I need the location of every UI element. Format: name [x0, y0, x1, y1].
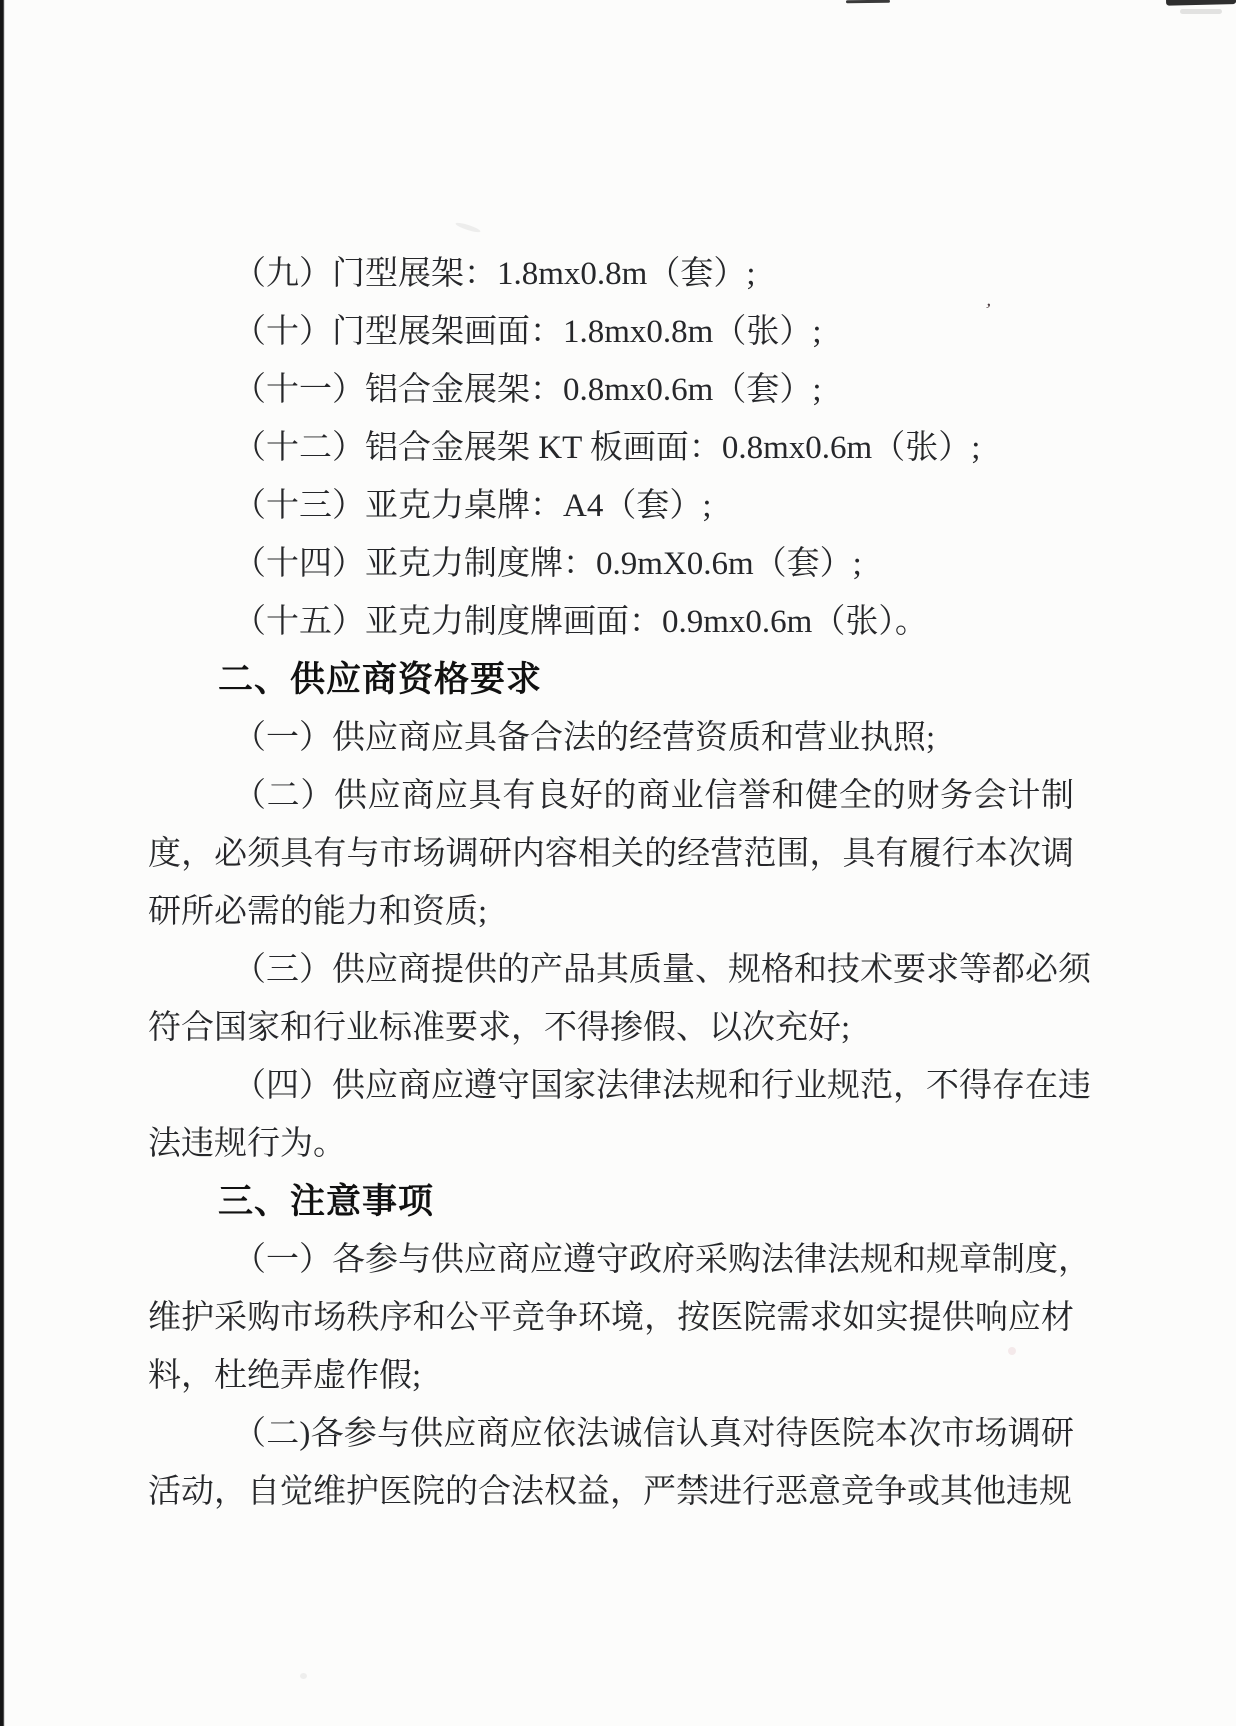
text-line: （三）供应商提供的产品其质量、规格和技术要求等都必须	[148, 941, 1074, 999]
document-text-block: （九）门型展架：1.8mx0.8m（套）;（十）门型展架画面：1.8mx0.8m…	[148, 245, 1074, 1521]
list-item: （十二）铝合金展架 KT 板画面：0.8mx0.6m（张）;	[148, 419, 1074, 477]
scan-artifact-top	[846, 0, 890, 3]
text-line: 符合国家和行业标准要求，不得掺假、以次充好;	[148, 999, 1074, 1057]
section-heading: 二、供应商资格要求	[148, 651, 1074, 709]
paragraph: （一）各参与供应商应遵守政府采购法律法规和规章制度，维护采购市场秩序和公平竞争环…	[148, 1231, 1074, 1405]
list-item: （十四）亚克力制度牌：0.9mX0.6m（套）;	[148, 535, 1074, 593]
text-line: （十三）亚克力桌牌：A4（套）;	[148, 477, 1074, 535]
scanned-document-page: ’ （九）门型展架：1.8mx0.8m（套）;（十）门型展架画面：1.8mx0.…	[0, 0, 1236, 1726]
text-line: 三、注意事项	[148, 1173, 1074, 1231]
scan-speck	[300, 1673, 307, 1679]
text-line: （十）门型展架画面：1.8mx0.8m（张）;	[148, 303, 1074, 361]
text-line: （一）各参与供应商应遵守政府采购法律法规和规章制度，	[148, 1231, 1074, 1289]
text-line: （十四）亚克力制度牌：0.9mX0.6m（套）;	[148, 535, 1074, 593]
scanner-edge-left	[0, 0, 5, 1726]
text-line: （二)各参与供应商应依法诚信认真对待医院本次市场调研	[148, 1405, 1074, 1463]
text-line: 料，杜绝弄虚作假;	[148, 1347, 1074, 1405]
text-line: （十一）铝合金展架：0.8mx0.6m（套）;	[148, 361, 1074, 419]
section-heading: 三、注意事项	[148, 1173, 1074, 1231]
text-line: （九）门型展架：1.8mx0.8m（套）;	[148, 245, 1074, 303]
text-line: 研所必需的能力和资质;	[148, 883, 1074, 941]
list-item: （十）门型展架画面：1.8mx0.8m（张）;	[148, 303, 1074, 361]
paragraph: （二）供应商应具有良好的商业信誉和健全的财务会计制度，必须具有与市场调研内容相关…	[148, 767, 1074, 941]
list-item: （十五）亚克力制度牌画面：0.9mx0.6m（张）。	[148, 593, 1074, 651]
text-line: 二、供应商资格要求	[148, 651, 1074, 709]
list-item: （十三）亚克力桌牌：A4（套）;	[148, 477, 1074, 535]
text-line: 维护采购市场秩序和公平竞争环境，按医院需求如实提供响应材	[148, 1289, 1074, 1347]
list-item: （十一）铝合金展架：0.8mx0.6m（套）;	[148, 361, 1074, 419]
text-line: （一）供应商应具备合法的经营资质和营业执照;	[148, 709, 1074, 767]
text-line: 法违规行为。	[148, 1115, 1074, 1173]
text-line: （十五）亚克力制度牌画面：0.9mx0.6m（张）。	[148, 593, 1074, 651]
scan-speck	[455, 221, 481, 234]
scan-artifact-top-right	[1166, 0, 1236, 6]
text-line: 活动，自觉维护医院的合法权益，严禁进行恶意竞争或其他违规	[148, 1463, 1074, 1521]
text-line: （二）供应商应具有良好的商业信誉和健全的财务会计制	[148, 767, 1074, 825]
paragraph: （三）供应商提供的产品其质量、规格和技术要求等都必须符合国家和行业标准要求，不得…	[148, 941, 1074, 1057]
text-line: 度，必须具有与市场调研内容相关的经营范围，具有履行本次调	[148, 825, 1074, 883]
scan-smudge	[1180, 9, 1222, 14]
text-line: （十二）铝合金展架 KT 板画面：0.8mx0.6m（张）;	[148, 419, 1074, 477]
list-item: （九）门型展架：1.8mx0.8m（套）;	[148, 245, 1074, 303]
paragraph: （一）供应商应具备合法的经营资质和营业执照;	[148, 709, 1074, 767]
paragraph: （四）供应商应遵守国家法律法规和行业规范，不得存在违法违规行为。	[148, 1057, 1074, 1173]
paragraph: （二)各参与供应商应依法诚信认真对待医院本次市场调研活动，自觉维护医院的合法权益…	[148, 1405, 1074, 1521]
text-line: （四）供应商应遵守国家法律法规和行业规范，不得存在违	[148, 1057, 1074, 1115]
